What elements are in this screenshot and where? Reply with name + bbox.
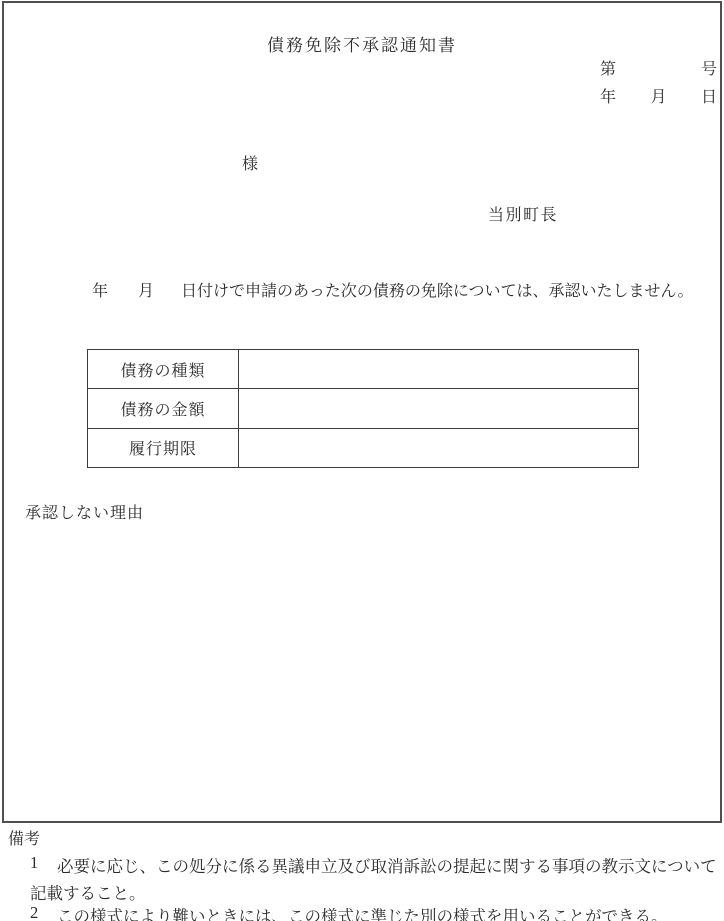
- date-year-label: 年: [600, 84, 616, 107]
- doc-number-line: 第 号: [600, 56, 717, 79]
- table-row: 債務の金額: [88, 389, 639, 428]
- row-value-debt-type: [239, 350, 639, 389]
- remark-1-number: 1: [30, 853, 38, 873]
- debt-table: 債務の種類 債務の金額 履行期限: [87, 349, 639, 468]
- date-day-label: 日: [701, 84, 717, 107]
- row-label-deadline: 履行期限: [88, 428, 239, 467]
- row-label-debt-amount: 債務の金額: [88, 389, 239, 428]
- remark-2-number: 2: [30, 903, 38, 921]
- body-month-label: 月: [138, 283, 154, 300]
- remark-1-line-2: 記載すること。: [30, 880, 146, 904]
- table-row: 履行期限: [88, 428, 639, 467]
- remark-2-line-1: この様式により難いときには、この様式に準じた別の様式を用いることができる。: [57, 903, 668, 921]
- doc-number-prefix: 第: [600, 56, 616, 79]
- body-year-label: 年: [92, 283, 108, 300]
- row-value-debt-amount: [239, 389, 639, 428]
- document-title: 債務免除不承認通知書: [0, 31, 724, 56]
- table-row: 債務の種類: [88, 350, 639, 389]
- date-month-label: 月: [650, 84, 666, 107]
- date-line: 年 月 日: [600, 84, 717, 107]
- addressee-honorific: 様: [242, 151, 258, 174]
- row-label-debt-type: 債務の種類: [88, 350, 239, 389]
- doc-number-suffix: 号: [701, 56, 717, 79]
- sender-title: 当別町長: [488, 202, 558, 225]
- remark-1-line-1: 必要に応じ、この処分に係る異議申立及び取消訴訟の提起に関する事項の教示文について: [57, 853, 717, 877]
- remarks-heading: 備考: [8, 826, 40, 849]
- row-value-deadline: [239, 428, 639, 467]
- body-rest-text: 日付けで申請のあった次の債務の免除については、承認いたしません。: [181, 283, 693, 300]
- document-page: 債務免除不承認通知書 第 号 年 月 日 様 当別町長 年月日付けで申請のあった…: [0, 0, 724, 921]
- reason-label: 承認しない理由: [25, 500, 144, 523]
- body-sentence: 年月日付けで申請のあった次の債務の免除については、承認いたしません。: [92, 278, 694, 301]
